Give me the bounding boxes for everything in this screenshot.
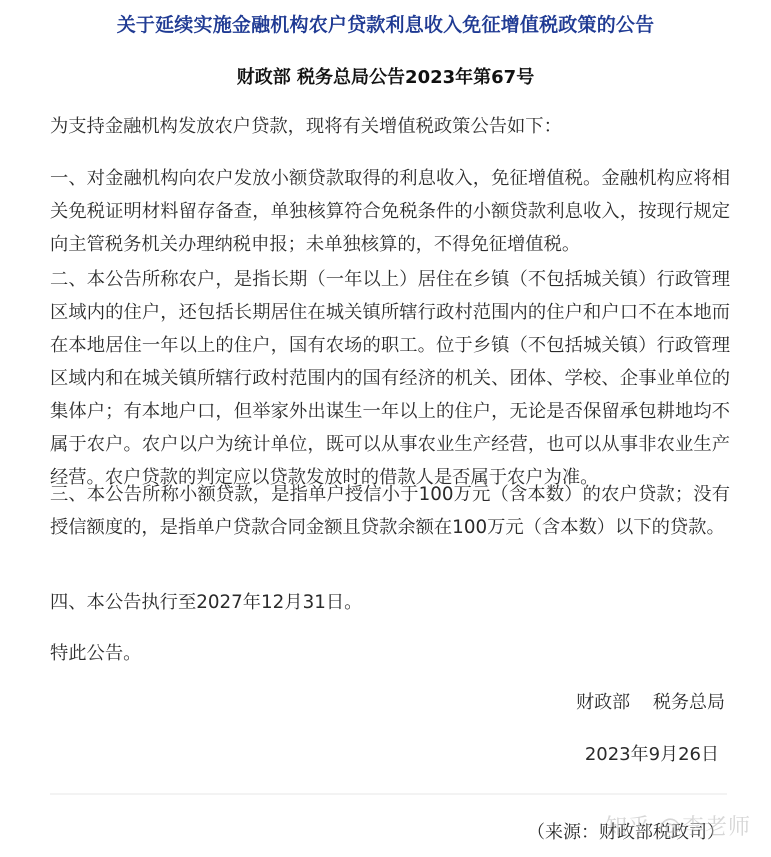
intro-paragraph: 为支持金融机构发放农户贷款，现将有关增值税政策公告如下： bbox=[50, 110, 730, 143]
clause-1: 一、对金融机构向农户发放小额贷款取得的利息收入，免征增值税。金融机构应将相关免税… bbox=[50, 162, 730, 261]
watermark: 知乎 @李老师 bbox=[605, 810, 751, 841]
closing-statement: 特此公告。 bbox=[50, 637, 730, 670]
clause-4: 四、本公告执行至2027年12月31日。 bbox=[50, 586, 730, 619]
signature-date: 2023年9月26日 bbox=[585, 740, 719, 766]
announcement-number: 财政部 税务总局公告2023年第67号 bbox=[0, 63, 771, 89]
signature-organizations: 财政部 税务总局 bbox=[576, 688, 725, 714]
clause-3: 三、本公告所称小额贷款，是指单户授信小于100万元（含本数）的农户贷款；没有授信… bbox=[50, 478, 730, 544]
divider bbox=[50, 793, 727, 795]
clause-2: 二、本公告所称农户，是指长期（一年以上）居住在乡镇（不包括城关镇）行政管理区域内… bbox=[50, 263, 730, 494]
announcement-title: 关于延续实施金融机构农户贷款利息收入免征增值税政策的公告 bbox=[0, 10, 771, 37]
